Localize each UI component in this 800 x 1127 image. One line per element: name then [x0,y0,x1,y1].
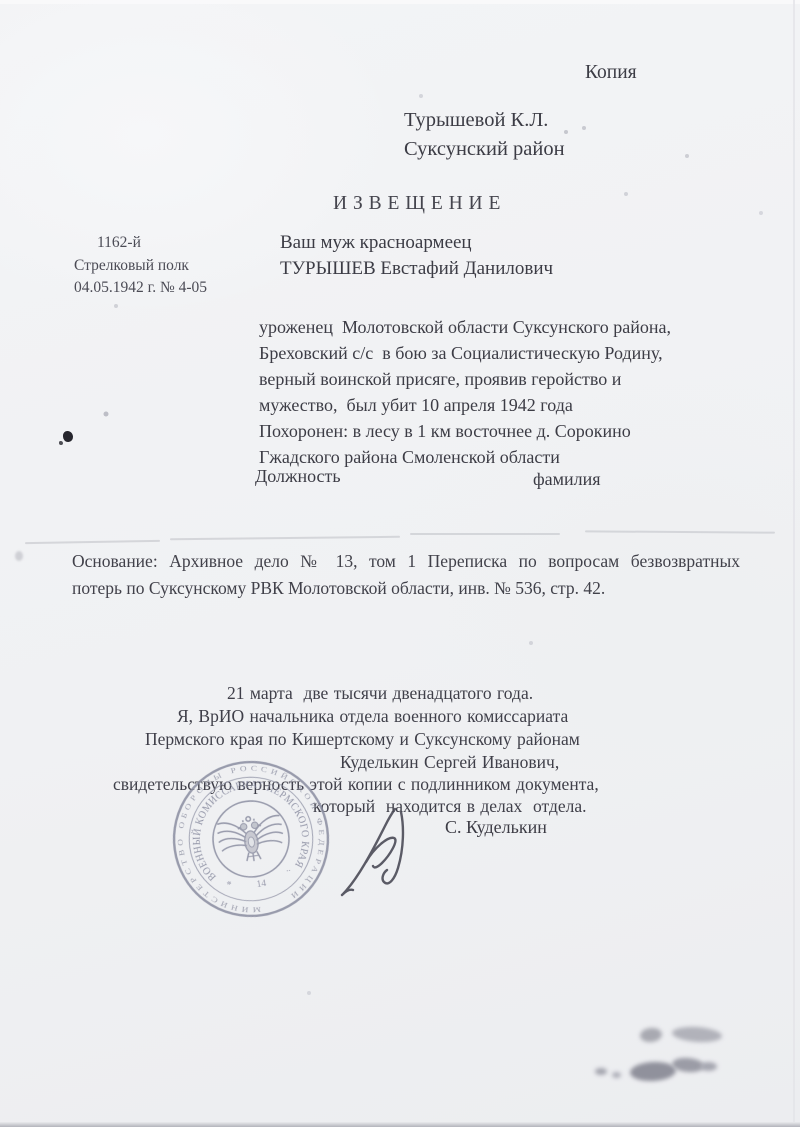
certification-line: 21 марта две тысячи двенадцатого года. [227,683,533,704]
ref-date-number: 04.05.1942 г. № 4-05 [74,277,207,300]
certification-line: Пермского края по Кишертскому и Суксунск… [145,729,580,750]
notice-body: уроженец Молотовской области Суксунского… [259,314,671,470]
page-edge-top [0,0,800,4]
salutation-line: Ваш муж красноармеец [280,230,553,256]
salutation-block: Ваш муж красноармеец ТУРЫШЕВ Евстафий Да… [280,230,553,282]
scan-smudge [630,1061,677,1082]
handwritten-signature [338,800,448,900]
addressee-block: Турышевой К.Л. Суксунский район [404,106,565,163]
body-line: Похоронен: в лесу в 1 км восточнее д. Со… [259,418,671,444]
certification-line: Я, ВрИО начальника отдела военного комис… [177,706,568,727]
body-line: Бреховский с/с в бою за Социалистическую… [259,340,671,366]
reference-block: 1162-й Стрелковый полк 04.05.1942 г. № 4… [74,232,207,300]
scan-fold-line-segment [170,536,400,540]
scan-fold-line-segment [585,530,775,533]
position-label: Должность [255,466,341,487]
scan-fold-line-segment [410,533,560,535]
ref-unit-name: Стрелковый полк [74,255,207,278]
ref-unit-number: 1162-й [74,232,207,255]
scan-smudge [700,1062,717,1071]
scan-mark [15,551,23,561]
stamp-ink-dots: ∙∙ [285,865,291,876]
basis-paragraph: Основание: Архивное дело № 13, том 1 Пер… [72,548,740,602]
addressee-name: Турышевой К.Л. [404,106,565,135]
scan-fold-line-segment [25,540,160,544]
scan-smudge [639,1027,662,1043]
scanned-document-page: { "header": { "copy_label": "Копия", "ad… [0,0,800,1127]
page-edge-right [793,0,795,1127]
ink-blot [59,441,63,445]
scan-smudge [612,1072,621,1078]
basis-line-1: Основание: Архивное дело № 13, том 1 Пер… [72,548,740,575]
certification-line: Куделькин Сергей Иванович, [340,752,559,773]
body-line: уроженец Молотовской области Суксунского… [259,314,671,340]
scan-smudge [595,1068,607,1075]
page-edge-bottom [0,1122,800,1127]
surname-label: фамилия [533,469,601,490]
double-headed-eagle-icon [216,812,286,865]
scan-smudge [672,1025,723,1043]
signer-name: С. Куделькин [445,817,547,838]
official-stamp: МИНИСТЕРСТВО ОБОРОНЫ РОССИЙСКОЙ ФЕДЕРАЦИ… [170,758,332,920]
copy-label: Копия [585,62,637,84]
deceased-name-line: ТУРЫШЕВ Евстафий Данилович [280,256,553,282]
stamp-number: 14 [256,878,267,890]
ink-blot [63,431,73,442]
body-line: мужество, был убит 10 апреля 1942 года [259,392,671,418]
addressee-district: Суксунский район [404,135,565,164]
document-title: И З В Е Щ Е Н И Е [333,193,501,215]
stamp-star: * [226,880,233,892]
basis-line-2: потерь по Суксунскому РВК Молотовской об… [72,575,740,602]
body-line: верный воинской присяге, проявив геройст… [259,366,671,392]
